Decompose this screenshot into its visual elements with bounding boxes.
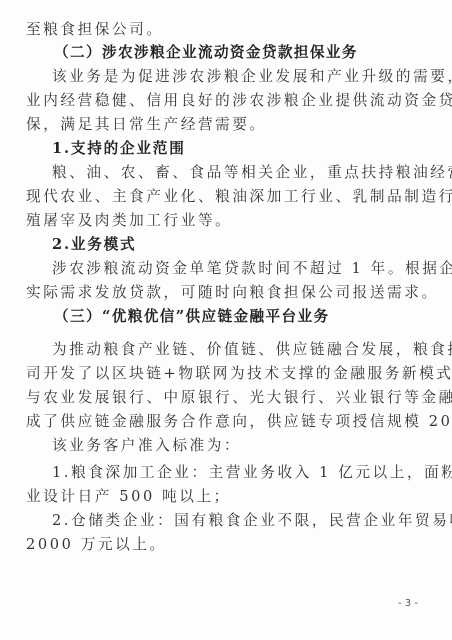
paragraph-line: 涉农涉粮流动资金单笔贷款时间不超过 1 年。根据企业用款 — [52, 260, 416, 278]
sub-heading-1: 1.支持的企业范围 — [52, 140, 416, 158]
paragraph-line: 该业务是为促进涉农涉粮企业发展和产业升级的需要，向行 — [52, 68, 416, 86]
text-line: 殖屠宰及肉类加工行业等。 — [26, 212, 416, 230]
text-line: 与农业发展银行、中原银行、光大银行、兴业银行等金融机构达 — [26, 389, 416, 407]
sub-heading-2: 2.业务模式 — [52, 236, 416, 254]
text-line: 保，满足其日常生产经营需要。 — [26, 116, 416, 134]
list-item-1: 1.粮食深加工企业：主营业务收入 1 亿元以上，面粉加工企 — [52, 464, 416, 482]
document-page: 至粮食担保公司。 （二）涉农涉粮企业流动资金贷款担保业务 该业务是为促进涉农涉粮… — [0, 0, 452, 640]
text-line: 至粮食担保公司。 — [26, 21, 416, 39]
page-number: - 3 - — [398, 598, 418, 610]
paragraph-line: 该业务客户准入标准为： — [52, 437, 416, 455]
text-line: 业设计日产 500 吨以上； — [26, 488, 416, 506]
paragraph-line: 为推动粮食产业链、价值链、供应链融合发展，粮食担保公 — [52, 341, 416, 359]
text-line: 2000 万元以上。 — [26, 536, 416, 554]
list-item-2: 2.仓储类企业：国有粮食企业不限，民营企业年贸易收入 — [52, 512, 416, 530]
text-line: 业内经营稳健、信用良好的涉农涉粮企业提供流动资金贷款担 — [26, 92, 416, 110]
section-heading-2: （二）涉农涉粮企业流动资金贷款担保业务 — [54, 44, 444, 62]
text-line: 现代农业、主食产业化、粮油深加工行业、乳制品制造行业，养 — [26, 188, 416, 206]
text-line: 实际需求发放贷款，可随时向粮食担保公司报送需求。 — [26, 284, 416, 302]
text-line: 司开发了以区块链+物联网为技术支撑的金融服务新模式，现已 — [26, 365, 416, 383]
section-heading-3: （三）“优粮优信”供应链金融平台业务 — [54, 308, 444, 326]
text-line: 成了供应链金融服务合作意向，供应链专项授信规模 20 亿元。 — [26, 413, 416, 431]
paragraph-line: 粮、油、农、畜、食品等相关企业，重点扶持粮油经营企业、 — [52, 164, 416, 182]
